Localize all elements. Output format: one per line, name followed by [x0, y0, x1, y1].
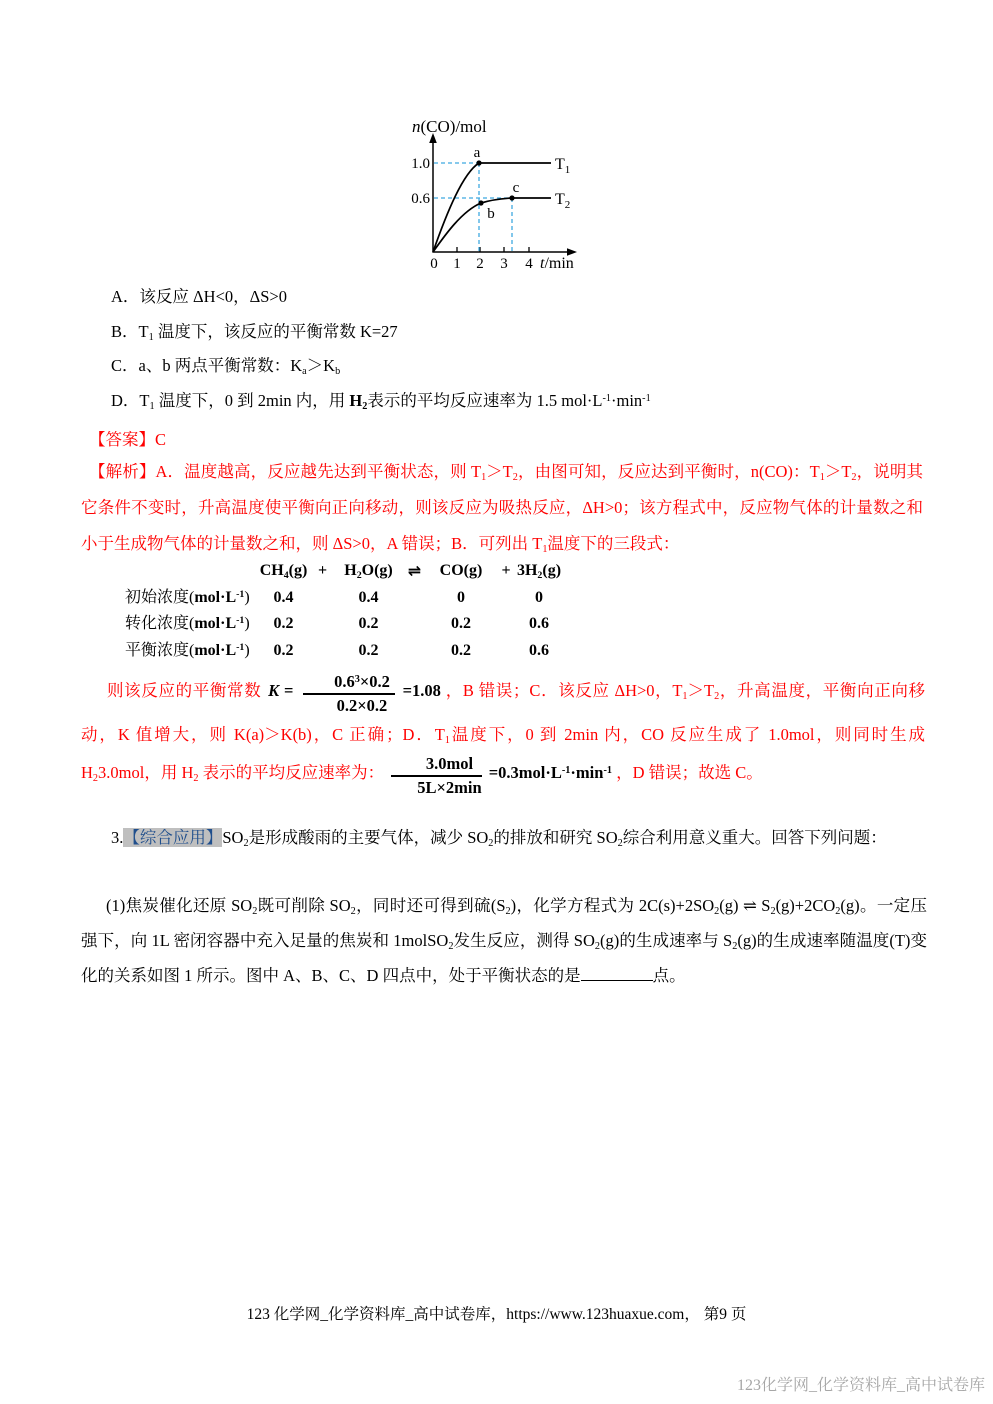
- ice-cell: 0.6: [512, 611, 566, 638]
- point-b-label: b: [487, 206, 495, 222]
- answer-line: 【答案】C: [81, 426, 166, 450]
- fraction-denominator: 0.2×0.2: [303, 695, 395, 716]
- ice-header-spacer: [125, 558, 252, 585]
- option-a: A．该反应 ΔH<0，ΔS>0: [81, 286, 923, 307]
- y-tick-label-0.6: 0.6: [411, 191, 430, 207]
- ice-header-co: CO(g): [422, 558, 500, 585]
- x-tick-label-0: 0: [430, 256, 438, 272]
- ice-cell: 0.4: [252, 585, 315, 612]
- ice-header-plus2: +: [500, 558, 512, 585]
- ice-cell-empty: [500, 585, 512, 612]
- point-c: [509, 195, 514, 200]
- ice-cell: 0.6: [512, 638, 566, 665]
- rate-formula-fraction: 3.0mol5L×2min: [388, 754, 484, 798]
- ice-header-3h2: 3H2(g): [512, 558, 566, 585]
- x-axis-title: t/min: [540, 255, 574, 272]
- ice-header-plus1: +: [315, 558, 330, 585]
- ice-row-label: 初始浓度(mol·L-1): [125, 585, 252, 612]
- ice-table: CH4(g) + H2O(g) ⇌ CO(g) + 3H2(g) 初始浓度(mo…: [125, 558, 566, 664]
- question2-options: A．该反应 ΔH<0，ΔS>0 B．T1 温度下，该反应的平衡常数 K=27 C…: [81, 286, 923, 424]
- ice-cell-empty: [315, 638, 330, 665]
- fraction-denominator: 5L×2min: [391, 777, 481, 798]
- ice-cell-empty: [500, 611, 512, 638]
- k-formula-fraction: 0.63×0.20.2×0.2: [300, 672, 398, 716]
- page-footer: 123 化学网_化学资料库_高中试卷库，https://www.123huaxu…: [0, 1302, 993, 1324]
- x-tick-label-4: 4: [525, 256, 533, 272]
- question3-part1-text: (1)焦炭催化还原 SO2既可削除 SO2，同时还可得到硫(S2)，化学方程式为…: [81, 896, 927, 985]
- analysis-red-segment: ，D 错误；故选 C。: [616, 763, 763, 782]
- analysis-paragraph-1: 【解析】A．温度越高，反应越先达到平衡状态，则 T1＞T2，由图可知，反应达到平…: [81, 454, 923, 562]
- y-axis-title: n(CO)/mol: [412, 117, 487, 136]
- fraction-numerator: 0.63×0.2: [303, 672, 395, 695]
- exam-document-page: n(CO)/mol 1.0 0.6 a b c T1 T2 0 1 2 3 4 …: [0, 0, 993, 1404]
- equilibrium-figure: n(CO)/mol 1.0 0.6 a b c T1 T2 0 1 2 3 4 …: [400, 112, 600, 284]
- ice-row-label: 转化浓度(mol·L-1): [125, 611, 252, 638]
- option-c: C．a、b 两点平衡常数：Ka＞Kb: [81, 355, 923, 376]
- ice-cell: 0.2: [422, 611, 500, 638]
- point-c-label: c: [513, 180, 520, 196]
- x-tick-label-3: 3: [500, 256, 508, 272]
- equilibrium-arrow-icon: ⇌: [407, 558, 422, 585]
- x-tick-label-1: 1: [453, 256, 461, 272]
- ice-cell: 0.4: [330, 585, 407, 612]
- ice-cell: 0.2: [252, 611, 315, 638]
- point-a-label: a: [474, 145, 481, 161]
- x-tick-label-2: 2: [476, 256, 484, 272]
- k-formula-lead: K =: [266, 681, 295, 700]
- answer-blank-field: [581, 963, 653, 981]
- option-b: B．T1 温度下，该反应的平衡常数 K=27: [81, 321, 923, 342]
- question3-tag-badge: 【综合应用】: [123, 828, 222, 847]
- ice-header-h2o: H2O(g): [330, 558, 407, 585]
- ice-table-row-equilibrium: 平衡浓度(mol·L-1) 0.2 0.2 0.2 0.6: [125, 638, 566, 665]
- point-a: [476, 160, 481, 165]
- question3-part1-tail: 点。: [653, 966, 686, 985]
- watermark-text: 123化学网_化学资料库_高中试卷库: [737, 1372, 985, 1395]
- series-label-T1: T1: [555, 156, 570, 176]
- ice-cell-empty: [407, 611, 422, 638]
- question3-intro: 3.【综合应用】SO2是形成酸雨的主要气体，减少 SO2的排放和研究 SO2综合…: [81, 820, 927, 855]
- analysis-paragraph-2: 则该反应的平衡常数 K = 0.63×0.20.2×0.2 =1.08 ，B 错…: [81, 672, 925, 798]
- series-label-T2: T2: [555, 191, 570, 211]
- equilibrium-chart: n(CO)/mol 1.0 0.6 a b c T1 T2 0 1 2 3 4 …: [400, 112, 600, 284]
- ice-cell-empty: [407, 638, 422, 665]
- ice-row-label: 平衡浓度(mol·L-1): [125, 638, 252, 665]
- question3-number: 3.: [111, 828, 123, 847]
- ice-cell: 0.2: [330, 638, 407, 665]
- ice-cell-empty: [315, 585, 330, 612]
- ice-cell: 0.2: [330, 611, 407, 638]
- ice-header-ch4: CH4(g): [252, 558, 315, 585]
- rate-formula-result: =0.3mol·L-1·min-1: [489, 763, 612, 782]
- k-formula-result: =1.08: [403, 681, 441, 700]
- fraction-numerator: 3.0mol: [391, 754, 481, 777]
- ice-cell-empty: [315, 611, 330, 638]
- ice-cell: 0.2: [252, 638, 315, 665]
- ice-cell: 0: [512, 585, 566, 612]
- ice-cell-empty: [500, 638, 512, 665]
- point-b: [478, 200, 483, 205]
- ice-table-row-change: 转化浓度(mol·L-1) 0.2 0.2 0.2 0.6: [125, 611, 566, 638]
- question3-intro-text: SO2是形成酸雨的主要气体，减少 SO2的排放和研究 SO2综合利用意义重大。回…: [222, 828, 886, 847]
- ice-cell: 0: [422, 585, 500, 612]
- analysis-red-segment: 则该反应的平衡常数: [107, 681, 266, 700]
- ice-cell-empty: [407, 585, 422, 612]
- ice-cell: 0.2: [422, 638, 500, 665]
- question3-part1: (1)焦炭催化还原 SO2既可削除 SO2，同时还可得到硫(S2)，化学方程式为…: [81, 888, 927, 993]
- ice-table-row-initial: 初始浓度(mol·L-1) 0.4 0.4 0 0: [125, 585, 566, 612]
- y-tick-label-1.0: 1.0: [411, 156, 430, 172]
- option-d: D．T1 温度下，0 到 2min 内，用 H2表示的平均反应速率为 1.5 m…: [81, 390, 923, 411]
- ice-table-header-row: CH4(g) + H2O(g) ⇌ CO(g) + 3H2(g): [125, 558, 566, 585]
